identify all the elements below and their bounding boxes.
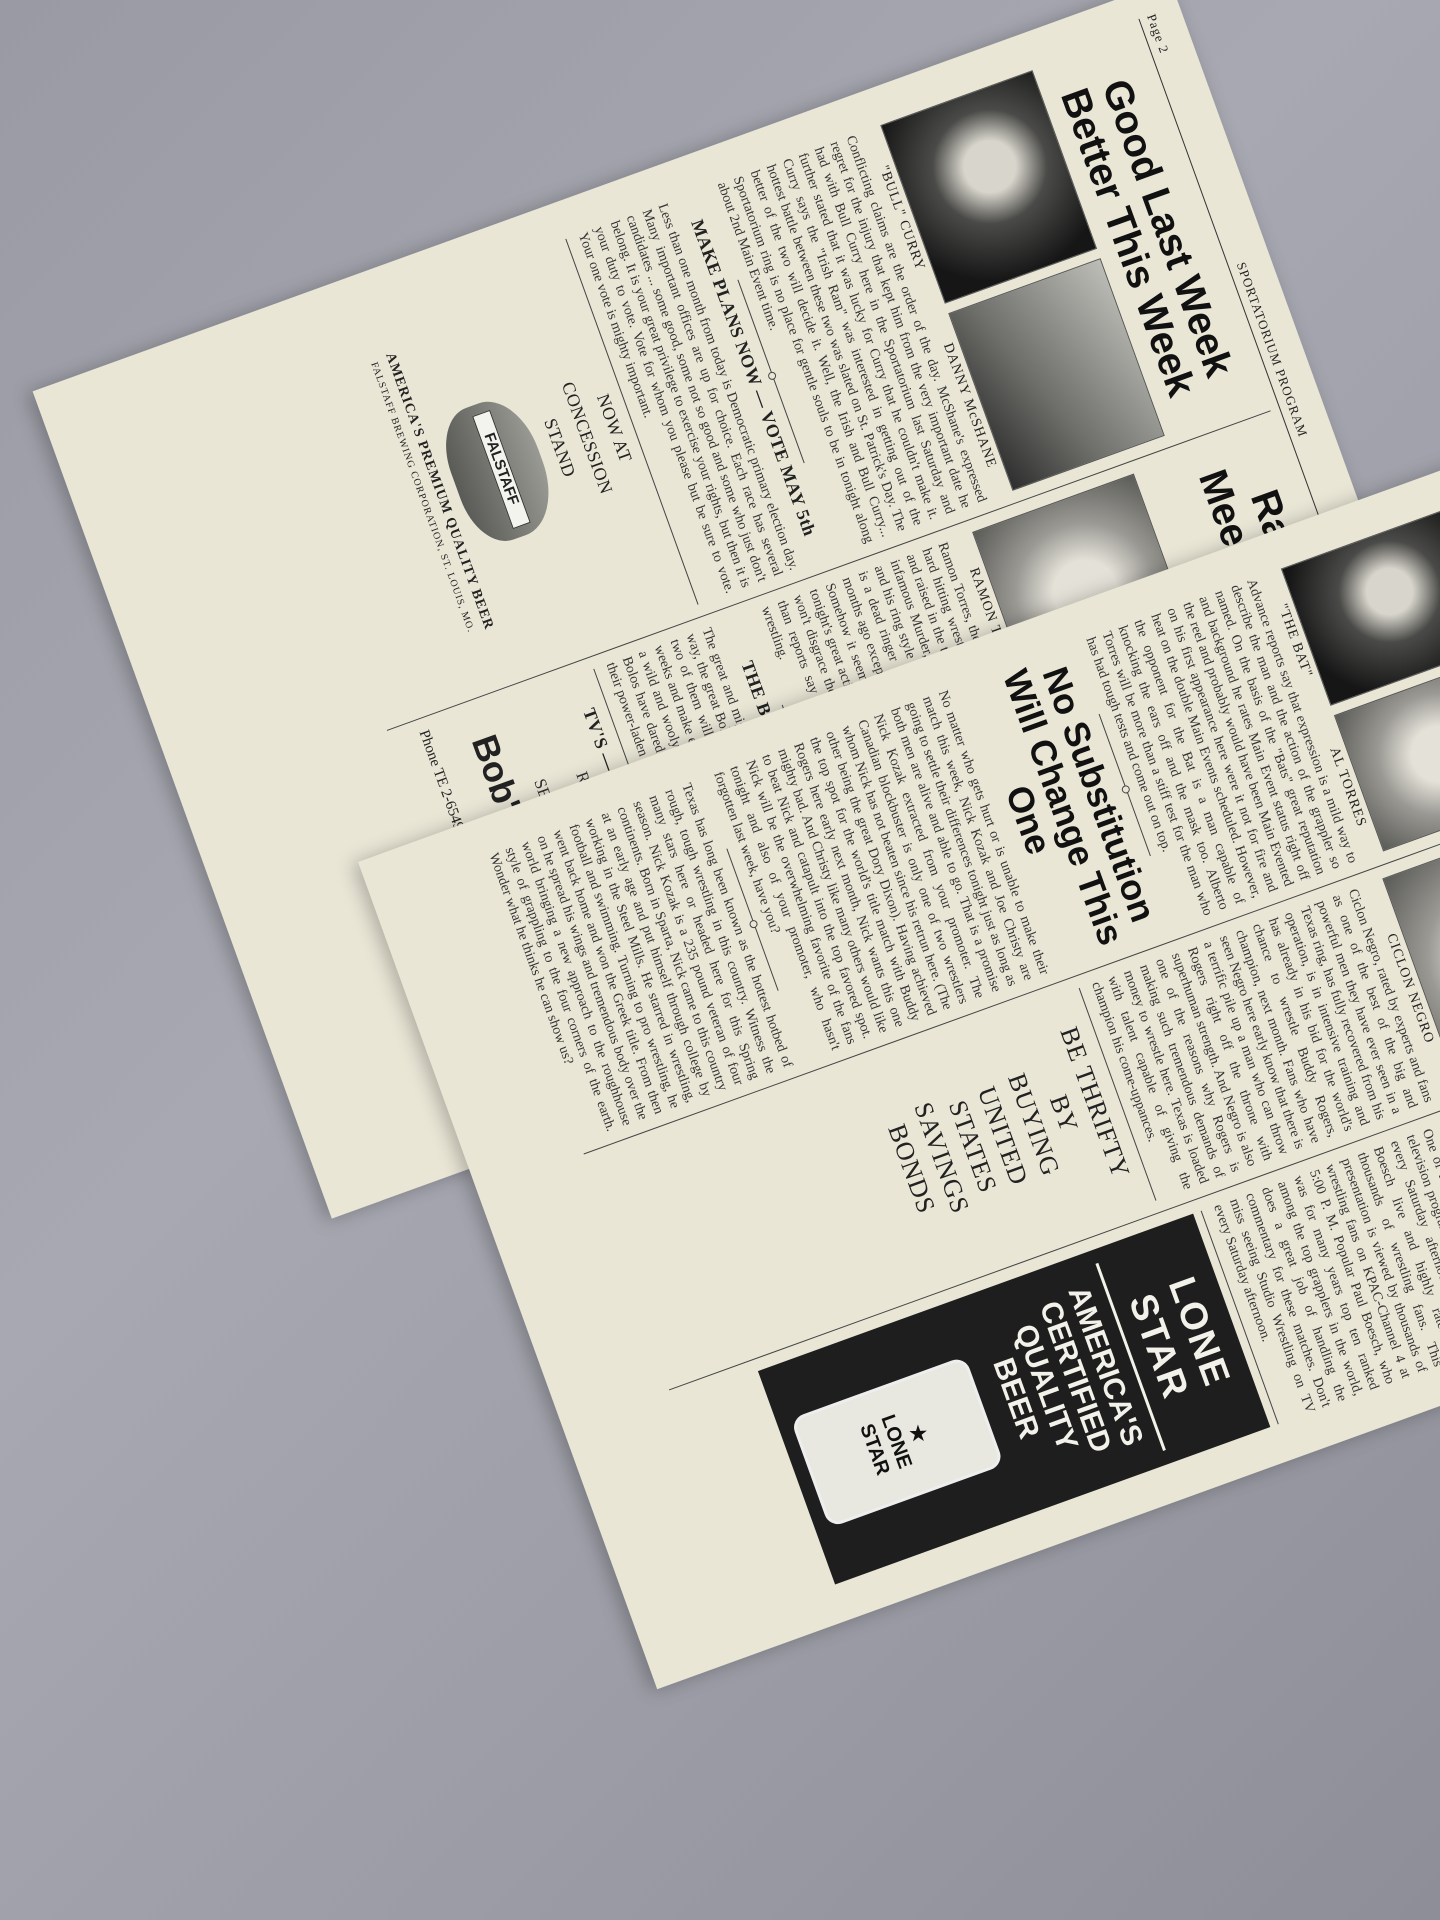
beer-can-icon: ★ LONE STAR [790,1355,1004,1527]
page-number: Page 2 [1143,12,1172,56]
